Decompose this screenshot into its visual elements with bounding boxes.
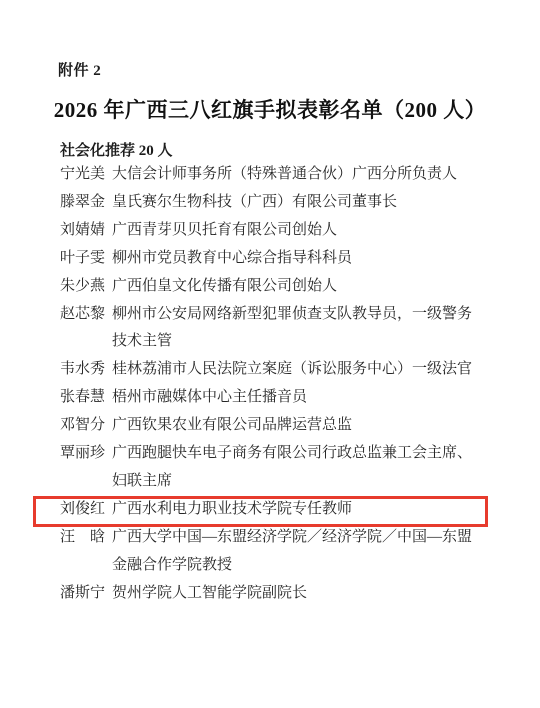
awardee-description-line: 广西青芽贝贝托育有限公司创始人: [112, 217, 508, 245]
awardee-description: 贺州学院人工智能学院副院长: [112, 580, 508, 608]
list-item: 邓智分广西钦果农业有限公司品牌运营总监: [60, 412, 508, 440]
awardee-description: 广西水利电力职业技术学院专任教师: [112, 496, 508, 524]
awardee-description-line: 大信会计师事务所（特殊普通合伙）广西分所负责人: [112, 161, 508, 189]
awardee-description-line: 广西水利电力职业技术学院专任教师: [112, 496, 508, 524]
awardee-list: 宁光美大信会计师事务所（特殊普通合伙）广西分所负责人滕翠金皇氏赛尔生物科技（广西…: [60, 161, 508, 608]
list-item: 叶子雯柳州市党员教育中心综合指导科科员: [60, 245, 508, 273]
awardee-description-line: 梧州市融媒体中心主任播音员: [112, 384, 508, 412]
awardee-description: 桂林荔浦市人民法院立案庭（诉讼服务中心）一级法官: [112, 356, 508, 384]
awardee-name: 张春慧: [60, 384, 105, 412]
awardee-description-line: 广西伯皇文化传播有限公司创始人: [112, 273, 508, 301]
awardee-description: 广西钦果农业有限公司品牌运营总监: [112, 412, 508, 440]
awardee-description-line: 柳州市公安局网络新型犯罪侦查支队教导员，一级警务: [112, 301, 508, 329]
list-item: 赵芯黎柳州市公安局网络新型犯罪侦查支队教导员，一级警务技术主管: [60, 301, 508, 357]
list-item: 张春慧梧州市融媒体中心主任播音员: [60, 384, 508, 412]
awardee-description-line: 广西跑腿快车电子商务有限公司行政总监兼工会主席、: [112, 440, 508, 468]
awardee-name: 覃丽珍: [60, 440, 105, 468]
awardee-name: 潘斯宁: [60, 580, 105, 608]
awardee-description: 柳州市公安局网络新型犯罪侦查支队教导员，一级警务技术主管: [112, 301, 508, 357]
awardee-description: 广西跑腿快车电子商务有限公司行政总监兼工会主席、妇联主席: [112, 440, 508, 496]
awardee-description-line: 妇联主席: [112, 468, 508, 496]
awardee-description: 广西大学中国—东盟经济学院／经济学院／中国—东盟金融合作学院教授: [112, 524, 508, 580]
awardee-description: 皇氏赛尔生物科技（广西）有限公司董事长: [112, 189, 508, 217]
awardee-description: 柳州市党员教育中心综合指导科科员: [112, 245, 508, 273]
awardee-name: 滕翠金: [60, 189, 105, 217]
list-item: 刘婧婧广西青芽贝贝托育有限公司创始人: [60, 217, 508, 245]
list-item: 韦水秀桂林荔浦市人民法院立案庭（诉讼服务中心）一级法官: [60, 356, 508, 384]
list-item: 滕翠金皇氏赛尔生物科技（广西）有限公司董事长: [60, 189, 508, 217]
awardee-description-line: 贺州学院人工智能学院副院长: [112, 580, 508, 608]
list-item: 汪 晗广西大学中国—东盟经济学院／经济学院／中国—东盟金融合作学院教授: [60, 524, 508, 580]
awardee-description-line: 金融合作学院教授: [112, 552, 508, 580]
awardee-description-line: 桂林荔浦市人民法院立案庭（诉讼服务中心）一级法官: [112, 356, 508, 384]
awardee-description-line: 柳州市党员教育中心综合指导科科员: [112, 245, 508, 273]
section-heading: 社会化推荐 20 人: [60, 139, 173, 160]
awardee-description: 梧州市融媒体中心主任播音员: [112, 384, 508, 412]
awardee-name: 叶子雯: [60, 245, 105, 273]
awardee-name: 汪 晗: [60, 524, 105, 552]
awardee-name: 宁光美: [60, 161, 105, 189]
list-item: 朱少燕广西伯皇文化传播有限公司创始人: [60, 273, 508, 301]
awardee-description-line: 技术主管: [112, 328, 508, 356]
list-item-highlighted: 刘俊红广西水利电力职业技术学院专任教师: [60, 496, 508, 524]
awardee-name: 邓智分: [60, 412, 105, 440]
document-page: 附件 2 2026 年广西三八红旗手拟表彰名单（200 人） 社会化推荐 20 …: [0, 0, 540, 708]
awardee-name: 朱少燕: [60, 273, 105, 301]
awardee-name: 刘俊红: [60, 496, 105, 524]
awardee-description-line: 皇氏赛尔生物科技（广西）有限公司董事长: [112, 189, 508, 217]
awardee-description: 广西伯皇文化传播有限公司创始人: [112, 273, 508, 301]
awardee-description-line: 广西大学中国—东盟经济学院／经济学院／中国—东盟: [112, 524, 508, 552]
awardee-name: 赵芯黎: [60, 301, 105, 329]
awardee-description: 大信会计师事务所（特殊普通合伙）广西分所负责人: [112, 161, 508, 189]
awardee-name: 刘婧婧: [60, 217, 105, 245]
list-item: 覃丽珍广西跑腿快车电子商务有限公司行政总监兼工会主席、妇联主席: [60, 440, 508, 496]
list-item: 潘斯宁贺州学院人工智能学院副院长: [60, 580, 508, 608]
awardee-description: 广西青芽贝贝托育有限公司创始人: [112, 217, 508, 245]
attachment-label: 附件 2: [58, 59, 101, 80]
awardee-name: 韦水秀: [60, 356, 105, 384]
awardee-description-line: 广西钦果农业有限公司品牌运营总监: [112, 412, 508, 440]
list-item: 宁光美大信会计师事务所（特殊普通合伙）广西分所负责人: [60, 161, 508, 189]
page-title: 2026 年广西三八红旗手拟表彰名单（200 人）: [0, 94, 540, 124]
